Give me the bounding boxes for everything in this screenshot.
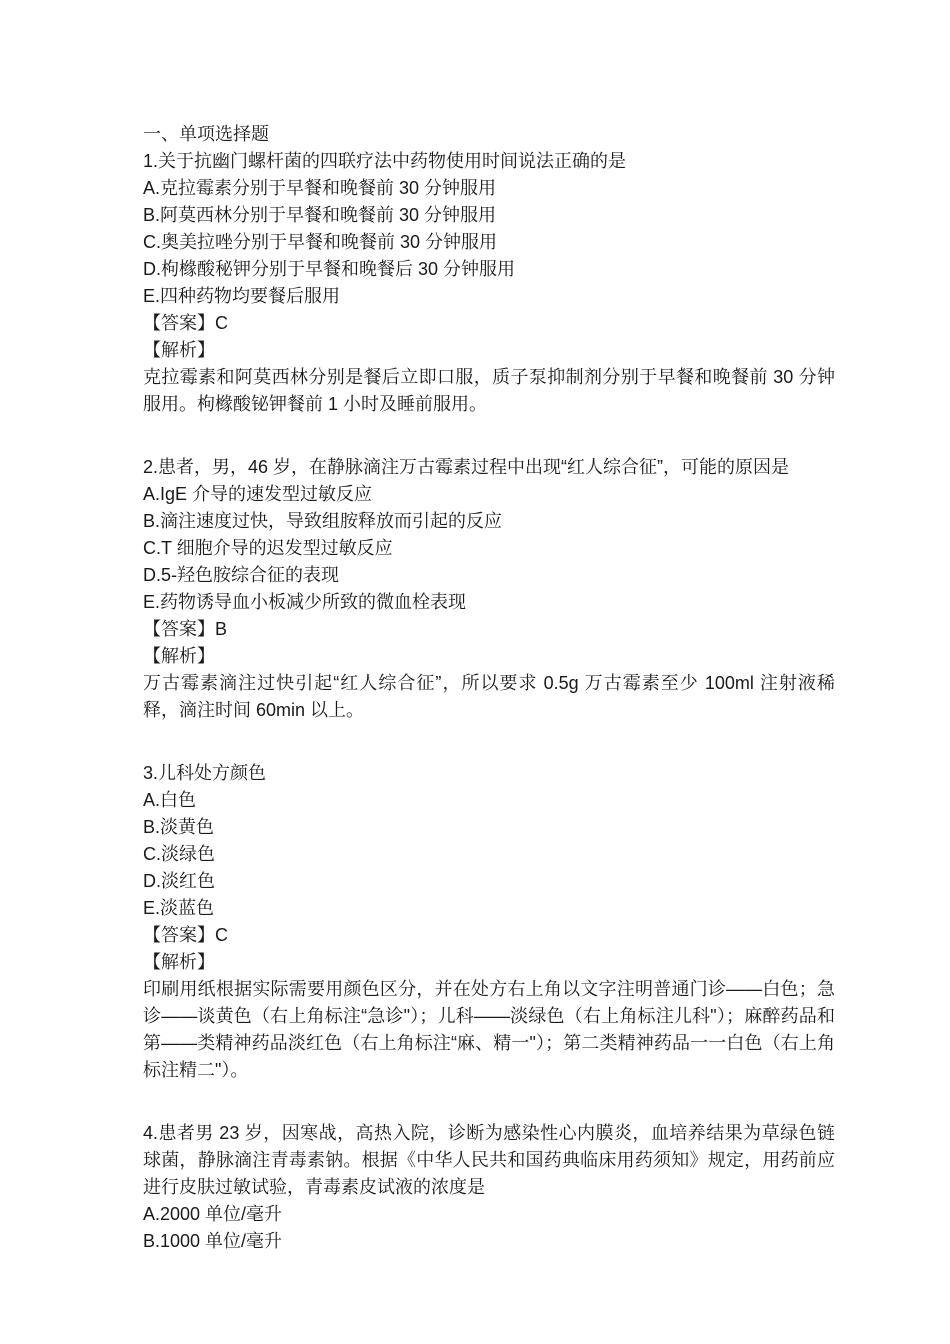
question-3-option-d: D.淡红色 (143, 868, 835, 895)
question-2-option-a: A.IgE 介导的速发型过敏反应 (143, 481, 835, 508)
question-2-answer-line: 【答案】B (143, 616, 835, 643)
question-3-option-a: A.白色 (143, 787, 835, 814)
question-1-analysis-label: 【解析】 (143, 337, 835, 364)
question-2-option-e: E.药物诱导血小板减少所致的微血栓表现 (143, 589, 835, 616)
question-4-stem: 4.患者男 23 岁，因寒战，高热入院，诊断为感染性心内膜炎，血培养结果为草绿色… (143, 1120, 835, 1201)
question-3-analysis-label: 【解析】 (143, 949, 835, 976)
question-block-2: 2.患者，男，46 岁，在静脉滴注万古霉素过程中出现“红人综合征”，可能的原因是… (143, 454, 835, 724)
question-1-option-c: C.奥美拉唑分别于早餐和晚餐前 30 分钟服用 (143, 229, 835, 256)
question-2-option-b: B.滴注速度过快，导致组胺释放而引起的反应 (143, 508, 835, 535)
question-1-answer-line: 【答案】C (143, 310, 835, 337)
question-3-option-e: E.淡蓝色 (143, 895, 835, 922)
question-2-option-d: D.5-羟色胺综合征的表现 (143, 562, 835, 589)
question-4-option-b: B.1000 单位/毫升 (143, 1228, 835, 1255)
question-1-option-b: B.阿莫西林分别于早餐和晚餐前 30 分钟服用 (143, 202, 835, 229)
question-2-option-c: C.T 细胞介导的迟发型过敏反应 (143, 535, 835, 562)
question-3-option-c: C.淡绿色 (143, 841, 835, 868)
question-2-analysis-label: 【解析】 (143, 643, 835, 670)
question-3-answer-line: 【答案】C (143, 922, 835, 949)
question-block-3: 3.儿科处方颜色 A.白色 B.淡黄色 C.淡绿色 D.淡红色 E.淡蓝色 【答… (143, 760, 835, 1084)
question-1-option-d: D.枸橼酸秘钾分别于早餐和晚餐后 30 分钟服用 (143, 256, 835, 283)
question-2-stem: 2.患者，男，46 岁，在静脉滴注万古霉素过程中出现“红人综合征”，可能的原因是 (143, 454, 835, 481)
question-block-4: 4.患者男 23 岁，因寒战，高热入院，诊断为感染性心内膜炎，血培养结果为草绿色… (143, 1120, 835, 1255)
question-block-1: 1.关于抗幽门螺杆菌的四联疗法中药物使用时间说法正确的是 A.克拉霉素分别于早餐… (143, 148, 835, 418)
section-title: 一、单项选择题 (143, 121, 835, 148)
question-1-option-e: E.四种药物均要餐后服用 (143, 283, 835, 310)
question-1-analysis-text: 克拉霉素和阿莫西林分别是餐后立即口服，质子泵抑制剂分别于早餐和晚餐前 30 分钟… (143, 364, 835, 418)
question-3-option-b: B.淡黄色 (143, 814, 835, 841)
question-3-stem: 3.儿科处方颜色 (143, 760, 835, 787)
question-3-analysis-text: 印刷用纸根据实际需要用颜色区分，并在处方右上角以文字注明普通门诊——白色；急诊—… (143, 976, 835, 1084)
question-2-analysis-text: 万古霉素滴注过快引起“红人综合征”，所以要求 0.5g 万古霉素至少 100ml… (143, 670, 835, 724)
question-1-stem: 1.关于抗幽门螺杆菌的四联疗法中药物使用时间说法正确的是 (143, 148, 835, 175)
question-4-option-a: A.2000 单位/毫升 (143, 1201, 835, 1228)
document-page: 一、单项选择题 1.关于抗幽门螺杆菌的四联疗法中药物使用时间说法正确的是 A.克… (0, 0, 950, 1255)
question-1-option-a: A.克拉霉素分别于早餐和晚餐前 30 分钟服用 (143, 175, 835, 202)
